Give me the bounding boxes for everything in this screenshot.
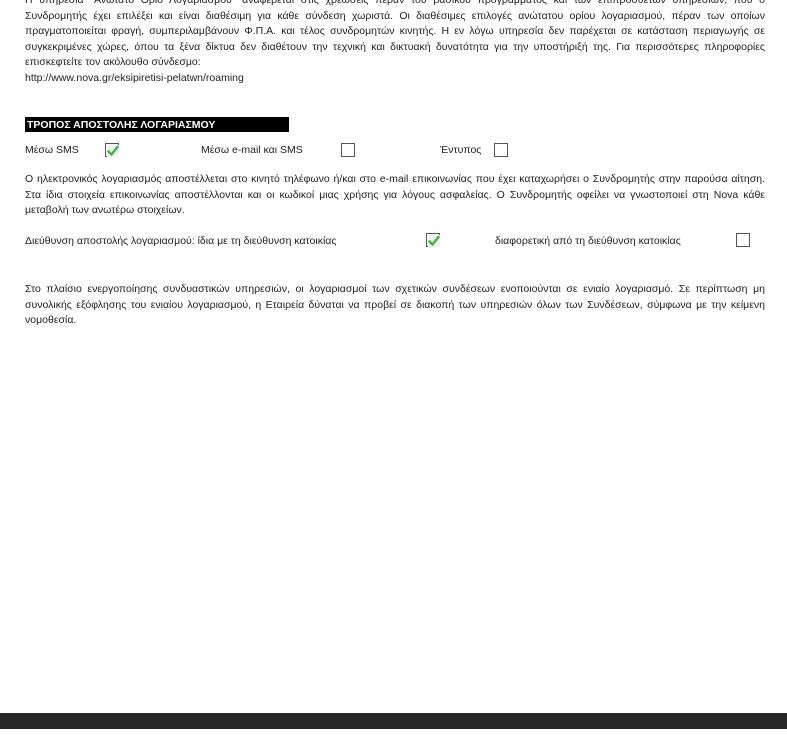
electronic-bill-notice: Ο ηλεκτρονικός λογαριασμός αποστέλλεται … [25, 172, 765, 219]
checkbox-email-sms[interactable] [341, 143, 355, 157]
option-printed[interactable]: Έντυπος [440, 140, 481, 160]
checkmark-icon [106, 144, 120, 158]
footer-bar [0, 713, 787, 729]
intro-text: Η υπηρεσία "Ανώτατο Όριο Λογαριασμού" αν… [25, 0, 765, 68]
option-email-sms[interactable]: Μέσω e-mail και SMS [201, 140, 303, 160]
address-different-label: διαφορετική από τη διεύθυνση κατοικίας [495, 235, 681, 247]
intro-paragraph: Η υπηρεσία "Ανώτατο Όριο Λογαριασμού" αν… [25, 0, 765, 87]
option-email-sms-label: Μέσω e-mail και SMS [201, 144, 303, 156]
checkbox-printed[interactable] [494, 143, 508, 157]
checkbox-sms[interactable] [105, 143, 119, 157]
option-printed-label: Έντυπος [440, 144, 481, 156]
roaming-link[interactable]: http://www.nova.gr/eksipiretisi-pelatwn/… [25, 72, 244, 84]
option-sms[interactable]: Μέσω SMS [25, 140, 79, 160]
combined-services-paragraph: Στο πλαίσιο ενεργοποίησης συνδυαστικών υ… [25, 282, 765, 329]
checkbox-address-same[interactable] [426, 233, 440, 247]
checkmark-icon [427, 234, 441, 248]
option-sms-label: Μέσω SMS [25, 144, 79, 156]
billing-method-header: ΤΡΟΠΟΣ ΑΠΟΣΤΟΛΗΣ ΛΟΓΑΡΙΑΣΜΟΥ [25, 117, 289, 132]
checkbox-address-different[interactable] [736, 233, 750, 247]
address-same-label: Διεύθυνση αποστολής λογαριασμού: ίδια με… [25, 235, 336, 247]
